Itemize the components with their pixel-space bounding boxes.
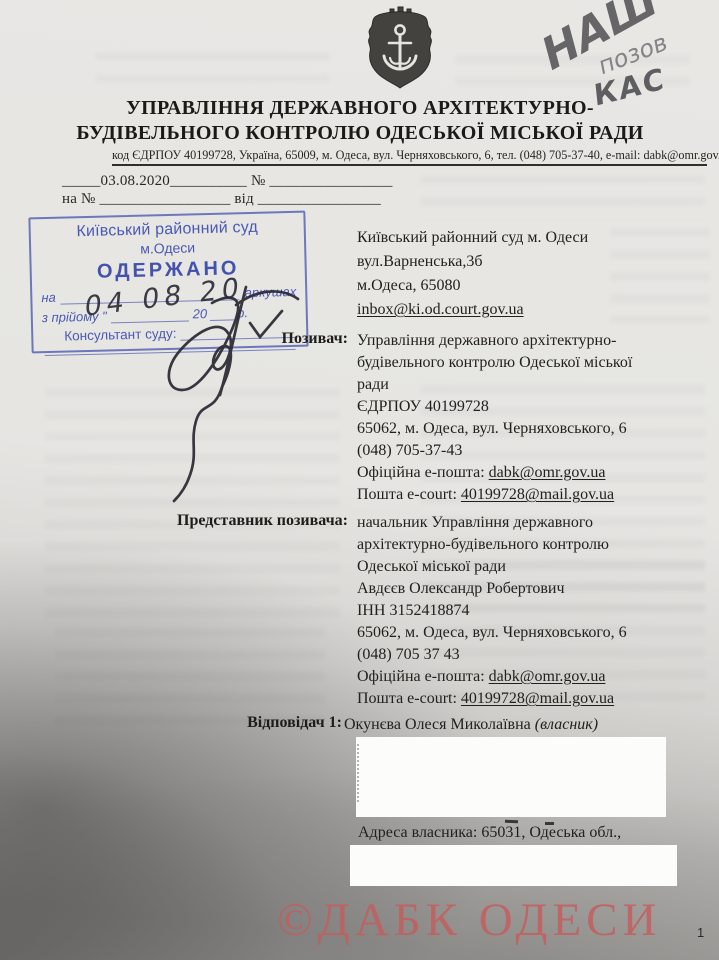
plaintiff-line: (048) 705-37-43 bbox=[357, 440, 697, 462]
bleed-through-text bbox=[95, 52, 330, 97]
recipient-line: вул.Варненська,3б bbox=[357, 250, 588, 274]
org-title-line2: БУДІВЕЛЬНОГО КОНТРОЛЮ ОДЕСЬКОЇ МІСЬКОЇ Р… bbox=[30, 121, 690, 146]
representative-email-line: Офіційна е-пошта: dabk@omr.gov.ua bbox=[357, 666, 697, 688]
representative-label: Представник позивача: bbox=[140, 512, 348, 530]
representative-block: начальник Управління державного архітект… bbox=[357, 512, 697, 710]
document-date: 03.08.2020 bbox=[101, 173, 171, 189]
redaction-box bbox=[356, 737, 666, 817]
plaintiff-ecourt-email: 40199728@mail.gov.ua bbox=[461, 486, 614, 503]
representative-line: (048) 705 37 43 bbox=[357, 644, 697, 666]
document-photo: НАШ позов КАС УПРАВЛІННЯ ДЕРЖАВНОГО АРХІ… bbox=[0, 0, 719, 960]
blank-line: ________________ bbox=[269, 173, 392, 189]
representative-line: архітектурно-будівельного контролю bbox=[357, 534, 697, 556]
recipient-line: м.Одеса, 65080 bbox=[357, 274, 588, 298]
ecourt-label: Пошта e-court: bbox=[357, 486, 461, 503]
recipient-address-block: Київський районний суд м. Одеси вул.Варн… bbox=[357, 226, 588, 322]
representative-line: Авдєєв Олександр Робертович bbox=[357, 578, 697, 600]
defendant-name-line: Окунєва Олеся Миколаївна (власник) bbox=[344, 714, 704, 736]
representative-line: начальник Управління державного bbox=[357, 512, 697, 534]
letterhead-rule bbox=[112, 164, 707, 166]
reference-line-2: на № _________________ від _____________… bbox=[62, 191, 381, 208]
signature-ink bbox=[150, 283, 315, 513]
recipient-line: Київський районний суд м. Одеси bbox=[357, 226, 588, 250]
representative-line: 65062, м. Одеса, вул. Черняховського, 6 bbox=[357, 622, 697, 644]
representative-ecourt-line: Пошта e-court: 40199728@mail.gov.ua bbox=[357, 688, 697, 710]
vid-label: від bbox=[234, 191, 253, 207]
blank-line: _________________ bbox=[100, 191, 231, 207]
bleed-through-text bbox=[420, 175, 705, 220]
redaction-remnant-dots bbox=[357, 744, 359, 802]
blank-line: ________________ bbox=[258, 191, 381, 207]
plaintiff-line: Управління державного архітектурно- bbox=[357, 330, 697, 352]
owner-address-line: Адреса власника: 65031, Одеська обл., bbox=[358, 822, 708, 844]
representative-ecourt-email: 40199728@mail.gov.ua bbox=[461, 690, 614, 707]
reference-line-1: _____03.08.2020__________ № ____________… bbox=[62, 173, 393, 190]
number-label: № bbox=[251, 173, 266, 189]
blank-line: __________ bbox=[170, 173, 247, 189]
na-number-label: на № bbox=[62, 191, 96, 207]
plaintiff-line: будівельного контролю Одеської міської bbox=[357, 352, 697, 374]
plaintiff-line: 65062, м. Одеса, вул. Черняховського, 6 bbox=[357, 418, 697, 440]
plaintiff-block: Управління державного архітектурно- буді… bbox=[357, 330, 697, 506]
org-title: УПРАВЛІННЯ ДЕРЖАВНОГО АРХІТЕКТУРНО- БУДІ… bbox=[30, 96, 690, 146]
plaintiff-line: ЄДРПОУ 40199728 bbox=[357, 396, 697, 418]
representative-email: dabk@omr.gov.ua bbox=[489, 668, 606, 685]
ecourt-label: Пошта e-court: bbox=[357, 690, 461, 707]
plaintiff-label: Позивач: bbox=[150, 330, 348, 348]
defendant-name: Окунєва Олеся Миколаївна bbox=[344, 716, 535, 733]
recipient-email: inbox@ki.od.court.gov.ua bbox=[357, 301, 524, 318]
redaction-box bbox=[350, 845, 677, 886]
page-number: 1 bbox=[697, 925, 704, 940]
watermark-text: ©ДАБК ОДЕСИ bbox=[277, 893, 661, 947]
bleed-through-text bbox=[610, 228, 710, 323]
blank-line: _____ bbox=[62, 173, 101, 189]
odesa-emblem-icon bbox=[361, 5, 439, 91]
representative-line: Одеської міської ради bbox=[357, 556, 697, 578]
defendant-role: (власник) bbox=[535, 716, 598, 733]
plaintiff-email-line: Офіційна е-пошта: dabk@omr.gov.ua bbox=[357, 462, 697, 484]
email-label: Офіційна е-пошта: bbox=[357, 464, 489, 481]
stamp-na-label: на bbox=[41, 290, 56, 305]
plaintiff-ecourt-line: Пошта e-court: 40199728@mail.gov.ua bbox=[357, 484, 697, 506]
defendant-label: Відповідач 1: bbox=[140, 714, 342, 732]
plaintiff-email: dabk@omr.gov.ua bbox=[489, 464, 606, 481]
org-title-line1: УПРАВЛІННЯ ДЕРЖАВНОГО АРХІТЕКТУРНО- bbox=[30, 96, 690, 121]
representative-line: ІНН 3152418874 bbox=[357, 600, 697, 622]
org-contact-line: код ЄДРПОУ 40199728, Україна, 65009, м. … bbox=[112, 148, 708, 163]
plaintiff-line: ради bbox=[357, 374, 697, 396]
email-label: Офіційна е-пошта: bbox=[357, 668, 489, 685]
